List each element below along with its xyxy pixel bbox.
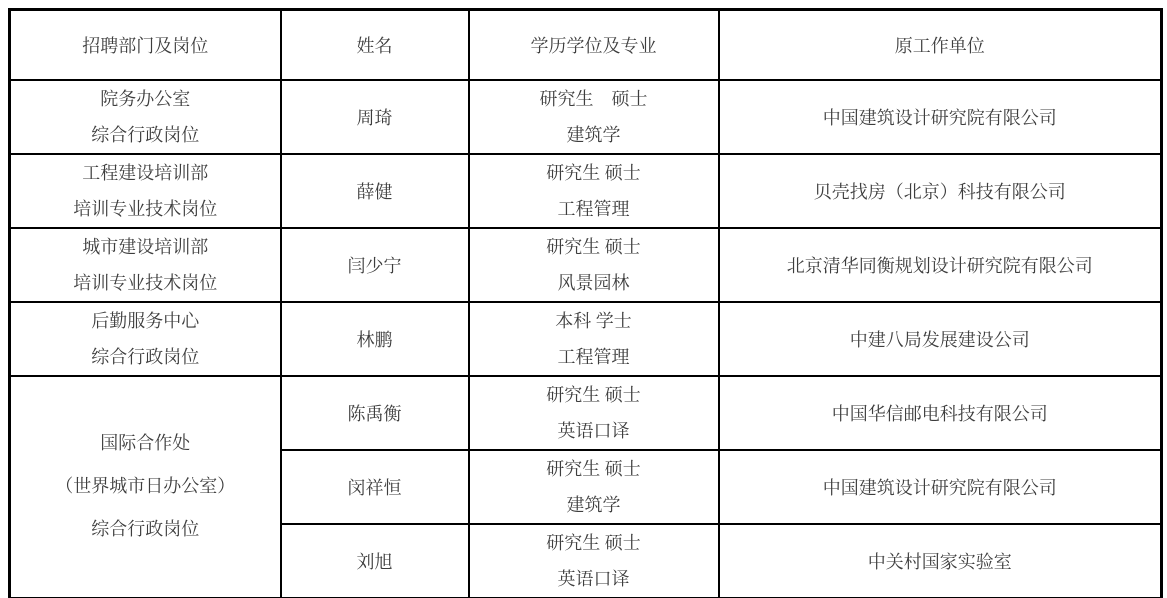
education-cell: 研究生 硕士 英语口译 — [469, 376, 719, 450]
major-line: 工程管理 — [470, 339, 718, 375]
dept-line: 后勤服务中心 — [11, 303, 280, 339]
dept-line: 综合行政岗位 — [11, 117, 280, 153]
major-line: 风景园林 — [470, 265, 718, 301]
major-line: 工程管理 — [470, 191, 718, 227]
education-cell: 研究生 硕士 英语口译 — [469, 524, 719, 598]
degree-line: 研究生 硕士 — [470, 81, 718, 117]
name-cell: 闵祥恒 — [281, 450, 469, 524]
dept-line: 院务办公室 — [11, 81, 280, 117]
header-cell-education: 学历学位及专业 — [469, 10, 719, 80]
dept-line: 综合行政岗位 — [11, 508, 280, 551]
education-cell: 研究生 硕士 建筑学 — [469, 450, 719, 524]
education-cell: 研究生 硕士 建筑学 — [469, 80, 719, 154]
degree-line: 研究生 硕士 — [470, 525, 718, 561]
employer-cell: 中建八局发展建设公司 — [719, 302, 1162, 376]
table-row: 院务办公室 综合行政岗位 周琦 研究生 硕士 建筑学 中国建筑设计研究院有限公司 — [10, 80, 1162, 154]
name-cell: 林鹏 — [281, 302, 469, 376]
major-line: 建筑学 — [470, 487, 718, 523]
dept-line: 国际合作处 — [11, 422, 280, 465]
dept-line: 综合行政岗位 — [11, 339, 280, 375]
employer-cell: 北京清华同衡规划设计研究院有限公司 — [719, 228, 1162, 302]
table-row: 后勤服务中心 综合行政岗位 林鹏 本科 学士 工程管理 中建八局发展建设公司 — [10, 302, 1162, 376]
header-cell-name: 姓名 — [281, 10, 469, 80]
dept-cell: 院务办公室 综合行政岗位 — [10, 80, 281, 154]
degree-line: 研究生 硕士 — [470, 155, 718, 191]
header-cell-dept: 招聘部门及岗位 — [10, 10, 281, 80]
degree-line: 研究生 硕士 — [470, 377, 718, 413]
education-cell: 本科 学士 工程管理 — [469, 302, 719, 376]
employer-cell: 贝壳找房（北京）科技有限公司 — [719, 154, 1162, 228]
dept-line: 培训专业技术岗位 — [11, 265, 280, 301]
name-cell: 薛健 — [281, 154, 469, 228]
header-cell-employer: 原工作单位 — [719, 10, 1162, 80]
table-row: 工程建设培训部 培训专业技术岗位 薛健 研究生 硕士 工程管理 贝壳找房（北京）… — [10, 154, 1162, 228]
name-cell: 闫少宁 — [281, 228, 469, 302]
dept-cell-merged: 国际合作处 （世界城市日办公室） 综合行政岗位 — [10, 376, 281, 598]
page: 招聘部门及岗位 姓名 学历学位及专业 原工作单位 院务办公室 综合行政岗位 周琦… — [0, 0, 1167, 598]
education-cell: 研究生 硕士 风景园林 — [469, 228, 719, 302]
degree-line: 本科 学士 — [470, 303, 718, 339]
dept-line: 培训专业技术岗位 — [11, 191, 280, 227]
dept-cell: 工程建设培训部 培训专业技术岗位 — [10, 154, 281, 228]
major-line: 建筑学 — [470, 117, 718, 153]
degree-line: 研究生 硕士 — [470, 451, 718, 487]
dept-cell: 后勤服务中心 综合行政岗位 — [10, 302, 281, 376]
dept-line: 工程建设培训部 — [11, 155, 280, 191]
name-cell: 周琦 — [281, 80, 469, 154]
name-cell: 陈禹衡 — [281, 376, 469, 450]
dept-cell: 城市建设培训部 培训专业技术岗位 — [10, 228, 281, 302]
table-row: 城市建设培训部 培训专业技术岗位 闫少宁 研究生 硕士 风景园林 北京清华同衡规… — [10, 228, 1162, 302]
employer-cell: 中国建筑设计研究院有限公司 — [719, 450, 1162, 524]
employer-cell: 中国华信邮电科技有限公司 — [719, 376, 1162, 450]
dept-line: （世界城市日办公室） — [11, 465, 280, 508]
table-header-row: 招聘部门及岗位 姓名 学历学位及专业 原工作单位 — [10, 10, 1162, 80]
recruitment-table: 招聘部门及岗位 姓名 学历学位及专业 原工作单位 院务办公室 综合行政岗位 周琦… — [8, 8, 1163, 598]
degree-line: 研究生 硕士 — [470, 229, 718, 265]
education-cell: 研究生 硕士 工程管理 — [469, 154, 719, 228]
dept-line: 城市建设培训部 — [11, 229, 280, 265]
table-row: 国际合作处 （世界城市日办公室） 综合行政岗位 陈禹衡 研究生 硕士 英语口译 … — [10, 376, 1162, 450]
major-line: 英语口译 — [470, 561, 718, 597]
major-line: 英语口译 — [470, 413, 718, 449]
employer-cell: 中国建筑设计研究院有限公司 — [719, 80, 1162, 154]
employer-cell: 中关村国家实验室 — [719, 524, 1162, 598]
name-cell: 刘旭 — [281, 524, 469, 598]
